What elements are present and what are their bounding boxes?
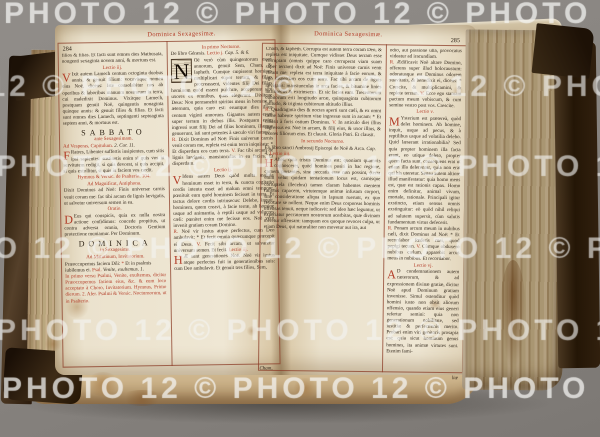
fore-edge-stain <box>500 260 526 370</box>
right-page: Dominica Sexagesimæ. 285 Cham, & Iapheth… <box>254 29 470 382</box>
text-segment: VIxit autem Lamech centum octoginta duob… <box>62 71 164 127</box>
text-segment: Cham, & Iapheth. Corrupta est autem terr… <box>265 47 382 109</box>
right-page-column-1: Cham, & Iapheth. Corrupta est autem terr… <box>262 47 382 370</box>
right-cover-board <box>554 42 600 369</box>
page-number-right: 285 <box>451 37 460 44</box>
rubricated-initial: V <box>173 175 182 185</box>
rubricated-initial: F <box>63 151 70 161</box>
woodcut-initial: N <box>171 59 192 83</box>
right-page-column-2: odio, aut passione ulla, provocatus vide… <box>386 48 462 371</box>
text-segment: DEus qui conspicis, quia ex nulla nostra… <box>64 213 165 239</box>
text-segment: Præoccupemus faciem Dñi: * Et in psalmis… <box>65 261 166 275</box>
text-segment: odio, aut passione ulla, provocatus vide… <box>390 48 462 61</box>
section-heading: DOMINICA <box>65 240 166 248</box>
running-header-right: Dominica Sexagesimæ. <box>314 30 382 38</box>
top-right-cover-corner <box>532 23 595 79</box>
rubricated-initial: D <box>64 214 73 224</box>
text-segment: filios & filias. Et facti sunt omnes die… <box>62 52 163 66</box>
catchword-right: liæ <box>452 376 458 381</box>
rubricated-initial: M <box>389 116 400 126</box>
rubricated-initial: V <box>62 73 71 83</box>
text-segment: In primo versu Psalmi, Venite, exultemus… <box>65 273 166 305</box>
text-segment: R. Quadraginta dies & noctes aperti sunt… <box>265 108 381 140</box>
left-page-column-1: filios & filias. Et facti sunt omnes die… <box>62 52 168 360</box>
rubricated-initial: H <box>174 254 183 264</box>
text-segment: FRatres, Libenter suffertis insipientes,… <box>63 149 164 175</box>
text-segment: Ex libro sancti Ambrosij Episcopi de Noë… <box>265 145 381 159</box>
text-segment: R. Ponam arcum meum in nubibus cæli, dix… <box>387 226 459 263</box>
text-segment: R. Ædificavit Noë altare Domino, offeren… <box>389 61 462 111</box>
running-header-left: Dominica Sexagesimæ. <box>147 30 215 38</box>
text-segment: AD condemnationem autem cæterorum, & ad … <box>386 270 459 356</box>
stain <box>86 372 120 396</box>
stain <box>120 390 164 406</box>
stain <box>292 378 318 398</box>
rubricated-initial: A <box>387 270 396 280</box>
stock-photo-antique-book: Dominica Sexagesimæ. 284 filios & filias… <box>0 0 600 437</box>
text-segment: Dixit Dominus ad Noë: Finis universæ car… <box>64 188 165 208</box>
text-segment: MYsterium est prætereà, quòd delet homin… <box>388 116 461 227</box>
rubricated-initial: H <box>264 158 273 168</box>
left-page: Dominica Sexagesimæ. 284 filios & filias… <box>55 26 282 375</box>
text-segment: HAbes, quia tristis Dominus est: quoniam… <box>264 158 381 233</box>
